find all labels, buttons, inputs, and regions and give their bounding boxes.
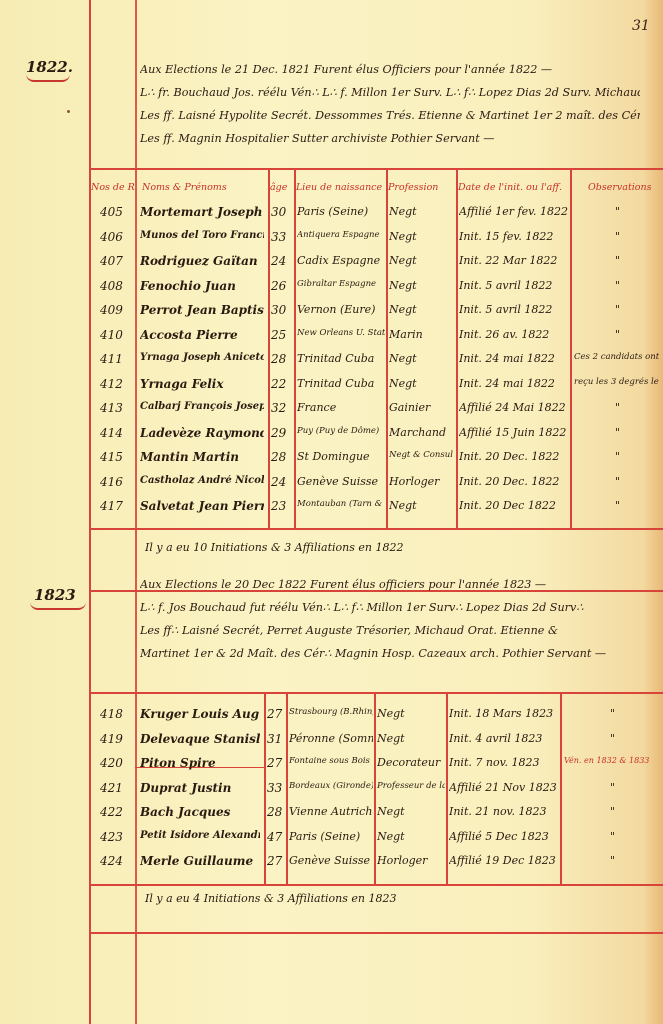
row-age: 33 <box>267 781 289 795</box>
election-line: Les ff∴ Laisné Secrét, Perret Auguste Tr… <box>140 619 640 642</box>
row-age: 28 <box>267 805 289 819</box>
table-top-rule-1823 <box>89 692 663 694</box>
row-birthplace: Bordeaux (Gironde) <box>289 781 373 791</box>
row-birthplace: France <box>297 401 385 414</box>
row-observation: " <box>564 854 661 867</box>
election-line: Aux Elections le 20 Dec 1822 Furent élus… <box>140 573 640 596</box>
row-date: Init. 26 av. 1822 <box>459 328 569 341</box>
row-name: Yrnaga Joseph Aniceto <box>140 352 264 363</box>
row-date: Init. 24 mai 1822 <box>459 377 569 390</box>
row-profession: Negt <box>377 732 445 745</box>
row-age: 25 <box>271 328 293 342</box>
summary-1822: Il y a eu 10 Initiations & 3 Affiliation… <box>145 541 403 554</box>
row-observation: " <box>564 707 661 720</box>
col-rule-date-obs <box>560 692 562 884</box>
row-age: 28 <box>271 352 293 366</box>
row-age: 24 <box>271 475 293 489</box>
header-age: âge <box>270 182 294 193</box>
row-date: Init. 20 Dec. 1822 <box>459 450 569 463</box>
row-birthplace: Paris (Seine) <box>289 830 373 843</box>
row-date: Init. 20 Dec 1822 <box>459 499 569 512</box>
row-profession: Gainier <box>389 401 455 414</box>
row-birthplace: Gibraltar Espagne <box>297 279 385 289</box>
election-line: L∴ f. Jos Bouchaud fut réélu Vén∴ L∴ f∴ … <box>140 596 640 619</box>
ink-dot <box>67 110 70 113</box>
row-number: 421 <box>100 781 140 795</box>
table-bottom-rule-1823 <box>89 884 663 886</box>
row-date: Init. 24 mai 1822 <box>459 352 569 365</box>
row-profession: Negt <box>377 707 445 720</box>
row-birthplace: Trinitad Cuba <box>297 377 385 390</box>
row-number: 414 <box>100 426 140 440</box>
row-number: 415 <box>100 450 140 464</box>
row-number: 405 <box>100 205 140 219</box>
row-birthplace: Montauban (Tarn & Garonne) <box>297 499 385 509</box>
row-observation: " <box>574 254 661 267</box>
row-age: 30 <box>271 205 293 219</box>
row-age: 32 <box>271 401 293 415</box>
row-name: Petit Isidore Alexandre <box>140 830 260 841</box>
year-underline-1823 <box>30 602 86 610</box>
row-observation: " <box>574 279 661 292</box>
row-number: 406 <box>100 230 140 244</box>
table-bottom-rule-1822 <box>89 528 663 530</box>
row-name: Bach Jacques <box>140 805 260 819</box>
table-top-rule-1822 <box>89 168 663 170</box>
row-date: Init. 5 avril 1822 <box>459 303 569 316</box>
row-date: Affilié 21 Nov 1823 <box>449 781 559 794</box>
row-name: Perrot Jean Baptiste <box>140 303 264 317</box>
row-date: Init. 5 avril 1822 <box>459 279 569 292</box>
row-age: 27 <box>267 707 289 721</box>
row-date: Init. 4 avril 1823 <box>449 732 559 745</box>
row-number: 407 <box>100 254 140 268</box>
row-profession: Negt <box>389 352 455 365</box>
row-number: 408 <box>100 279 140 293</box>
row-profession: Horloger <box>389 475 455 488</box>
row-birthplace: Puy (Puy de Dôme) <box>297 426 385 436</box>
row-observation: " <box>564 805 661 818</box>
year-underline-1822 <box>26 74 70 82</box>
row-date: Init. 18 Mars 1823 <box>449 707 559 720</box>
row-profession: Horloger <box>377 854 445 867</box>
col-rule-prof-date <box>456 168 458 529</box>
row-profession: Negt <box>377 805 445 818</box>
row-profession: Decorateur <box>377 756 445 769</box>
header-nos: Nos de Rég. <box>91 182 135 193</box>
row-profession: Marchand <box>389 426 455 439</box>
row-date: Affilié 24 Mai 1822 <box>459 401 569 414</box>
row-date: Affilié 1er fev. 1822 <box>459 205 569 218</box>
row-name: Merle Guillaume <box>140 854 260 868</box>
row-number: 416 <box>100 475 140 489</box>
col-rule-names-age <box>264 692 266 884</box>
header-names: Noms & Prénoms <box>142 182 267 193</box>
row-date: Init. 15 fev. 1822 <box>459 230 569 243</box>
row-observation: reçu les 3 degrés le même jour <box>574 377 661 387</box>
header-profession: Profession <box>388 182 456 193</box>
header-birthplace: Lieu de naissance <box>296 182 386 193</box>
row-number: 423 <box>100 830 140 844</box>
row-observation: " <box>574 499 661 512</box>
election-line: L∴ fr. Bouchaud Jos. réélu Vén∴ L∴ f. Mi… <box>140 81 640 104</box>
row-name: Piton Spire <box>140 756 260 770</box>
row-name: Munos del Toro Francisco <box>140 230 264 241</box>
col-rule-lieu-prof <box>374 692 376 884</box>
row-birthplace: Trinitad Cuba <box>297 352 385 365</box>
row-name: Kruger Louis Auguste <box>140 707 260 721</box>
page-number: 31 <box>632 18 650 34</box>
row-observation: " <box>564 781 661 794</box>
row-birthplace: Péronne (Somme) <box>289 732 373 745</box>
row-observation: " <box>574 328 661 341</box>
row-birthplace: Genève Suisse <box>289 854 373 867</box>
row-date: Init. 20 Dec. 1822 <box>459 475 569 488</box>
row-name: Fenochio Juan <box>140 279 264 293</box>
header-observations: Observations <box>588 182 663 193</box>
row-number: 413 <box>100 401 140 415</box>
summary-1823: Il y a eu 4 Initiations & 3 Affiliations… <box>145 892 396 905</box>
row-number: 412 <box>100 377 140 391</box>
row-observation: " <box>574 401 661 414</box>
row-profession: Negt & Consul en Espagne <box>389 450 455 460</box>
row-birthplace: Genève Suisse <box>297 475 385 488</box>
row-name: Castholaz André Nicolas <box>140 475 264 486</box>
row-observation: " <box>574 303 661 316</box>
row-number: 417 <box>100 499 140 513</box>
election-text-1822: Aux Elections le 21 Dec. 1821 Furent élu… <box>140 58 640 150</box>
row-age: 33 <box>271 230 293 244</box>
election-line: Les ff. Magnin Hospitalier Sutter archiv… <box>140 127 640 150</box>
row-observation: " <box>574 450 661 463</box>
row-date: Init. 22 Mar 1822 <box>459 254 569 267</box>
row-name: Rodriguez Gaïtan <box>140 254 264 268</box>
row-birthplace: St Domingue <box>297 450 385 463</box>
row-age: 24 <box>271 254 293 268</box>
row-number: 420 <box>100 756 140 770</box>
row-name: Ladevèze Raymond <box>140 426 264 440</box>
ledger-page: 31 1822. Aux Elections le 21 Dec. 1821 F… <box>0 0 663 1024</box>
row-birthplace: Strasbourg (B.Rhin) <box>289 707 373 717</box>
row-observation: " <box>574 475 661 488</box>
row-observation: " <box>574 205 661 218</box>
row-observation: Vén. en 1832 & 1833 <box>564 756 661 765</box>
row-profession: Negt <box>389 254 455 267</box>
row-profession: Negt <box>377 830 445 843</box>
row-number: 409 <box>100 303 140 317</box>
row-age: 22 <box>271 377 293 391</box>
row-profession: Negt <box>389 279 455 292</box>
closing-rule <box>89 932 663 934</box>
row-age: 26 <box>271 279 293 293</box>
row-age: 31 <box>267 732 289 746</box>
row-date: Affilié 15 Juin 1822 <box>459 426 569 439</box>
row-age: 27 <box>267 756 289 770</box>
row-number: 419 <box>100 732 140 746</box>
row-name: Delevaque Stanislas <box>140 732 260 746</box>
row-name: Yrnaga Felix <box>140 377 264 391</box>
election-text-1823: Aux Elections le 20 Dec 1822 Furent élus… <box>140 573 640 665</box>
row-age: 23 <box>271 499 293 513</box>
row-name: Duprat Justin <box>140 781 260 795</box>
row-birthplace: Fontaine sous Bois près Paris <box>289 756 373 766</box>
row-number: 422 <box>100 805 140 819</box>
row-birthplace: Vienne Autriche <box>289 805 373 818</box>
row-name: Mortemart Joseph <box>140 205 264 219</box>
row-date: Affilié 5 Dec 1823 <box>449 830 559 843</box>
election-line: Les ff. Laisné Hypolite Secrét. Dessomme… <box>140 104 640 127</box>
row-birthplace: Vernon (Eure) <box>297 303 385 316</box>
row-birthplace: Cadix Espagne <box>297 254 385 267</box>
row-number: 418 <box>100 707 140 721</box>
row-name: Calbarj François Joseph <box>140 401 264 412</box>
row-age: 30 <box>271 303 293 317</box>
row-profession: Negt <box>389 205 455 218</box>
row-observation: " <box>574 230 661 243</box>
row-observation: " <box>574 426 661 439</box>
row-date: Init. 21 nov. 1823 <box>449 805 559 818</box>
margin-rule-left <box>89 0 91 1024</box>
col-rule-names-age <box>268 168 270 529</box>
row-profession: Negt <box>389 499 455 512</box>
row-date: Init. 7 nov. 1823 <box>449 756 559 769</box>
col-rule-date-obs <box>570 168 572 529</box>
row-name: Salvetat Jean Pierre <box>140 499 264 513</box>
row-name: Mantin Martin <box>140 450 264 464</box>
row-observation: " <box>564 732 661 745</box>
row-age: 28 <box>271 450 293 464</box>
row-observation: Ces 2 candidats ont <box>574 352 661 362</box>
election-line: Aux Elections le 21 Dec. 1821 Furent élu… <box>140 58 640 81</box>
col-rule-lieu-prof <box>386 168 388 529</box>
row-profession: Negt <box>389 230 455 243</box>
row-name: Accosta Pierre <box>140 328 264 342</box>
row-age: 47 <box>267 830 289 844</box>
row-observation: " <box>564 830 661 843</box>
col-rule-age-lieu <box>294 168 296 529</box>
row-birthplace: Paris (Seine) <box>297 205 385 218</box>
row-date: Affilié 19 Dec 1823 <box>449 854 559 867</box>
row-profession: Professeur de langues <box>377 781 445 791</box>
row-age: 29 <box>271 426 293 440</box>
row-number: 410 <box>100 328 140 342</box>
row-profession: Negt <box>389 377 455 390</box>
row-birthplace: Antiquera Espagne <box>297 230 385 240</box>
row-number: 411 <box>100 352 140 366</box>
col-rule-prof-date <box>446 692 448 884</box>
row-birthplace: New Orleans U. State <box>297 328 385 338</box>
election-line: Martinet 1er & 2d Maît. des Cér∴ Magnin … <box>140 642 640 665</box>
row-number: 424 <box>100 854 140 868</box>
header-date: Date de l'init. ou l'aff. <box>458 182 570 193</box>
row-profession: Marin <box>389 328 455 341</box>
row-profession: Negt <box>389 303 455 316</box>
row-age: 27 <box>267 854 289 868</box>
